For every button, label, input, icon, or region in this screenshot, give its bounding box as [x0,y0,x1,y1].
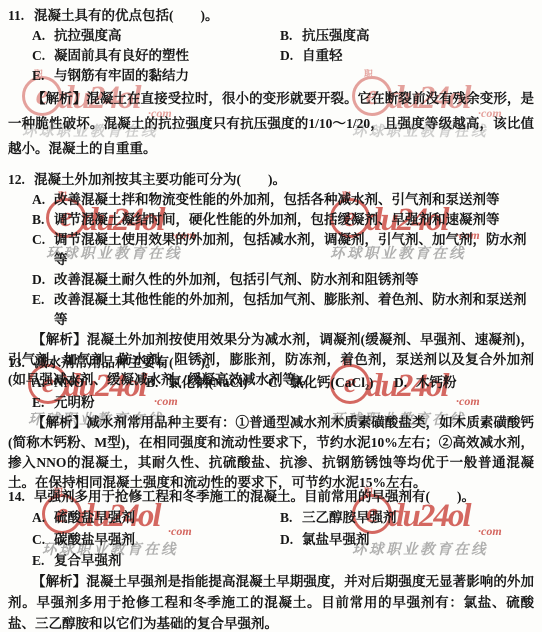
option-c: C.碳酸盐早强剂 [32,529,280,551]
option-a: A.抗拉强度高 [32,26,280,46]
option-b: B.调节混凝土凝结时间，硬化性能的外加剂，包括缓凝剂、早强剂和速凝剂等 [32,210,534,230]
question-block-11: 11. 混凝土具有的优点包括( )。 A.抗拉强度高 B.抗压强度高 C.凝固前… [0,6,542,161]
scanned-exam-page: 职e du24ol ·com 环球职业教育在线 职e du24ol ·com 环… [0,0,542,632]
option-c: C.氯化钙(CaCl₂) [268,373,394,393]
option-c: C.调节混凝土使用效果的外加剂，包括减水剂，调凝剂，引气剂、加气剂，防水剂等 [32,230,534,270]
option-e: E.与钢筋有牢固的黏结力 [32,66,534,86]
question-number: 14. [8,487,34,507]
option-d: D.自重轻 [280,46,534,66]
question-stem: 混凝土外加剂按其主要功能可分为( )。 [34,170,534,190]
options-list: A.硫酸盐早强剂 B.三乙醇胺早强剂 C.碳酸盐早强剂 D.氯盐早强剂 E.复合… [32,507,534,571]
option-d: D.氯盐早强剂 [280,529,534,551]
question-number: 12. [8,170,34,190]
question-stem: 混凝土具有的优点包括( )。 [34,6,534,26]
option-c: C.凝固前具有良好的塑性 [32,46,280,66]
question-stem: 减水剂常用品种主要有( )。 [34,353,534,373]
option-e: E.元明粉 [32,393,534,413]
options-list: A.NNO B.氯化钠(NaCl) C.氯化钙(CaCl₂) D.木钙粉 E.元… [32,373,534,413]
question-block-13: 13. 减水剂常用品种主要有( )。 A.NNO B.氯化钠(NaCl) C.氯… [0,353,542,493]
option-b: B.抗压强度高 [280,26,534,46]
option-a: A.NNO [32,373,146,393]
question-number: 11. [8,6,34,26]
question-number: 13. [8,353,34,373]
option-a: A.改善混凝土拌和物流变性能的外加剂，包括各种减水剂、引气剂和泵送剂等 [32,190,534,210]
analysis-paragraph: 【解析】混凝土在直接受拉时，很小的变形就要开裂。它在断裂前没有残余变形，是一种脆… [8,86,534,161]
analysis-paragraph: 【解析】混凝土早强剂是指能提高混凝土早期强度，并对后期强度无显著影响的外加剂。早… [8,571,534,632]
option-b: B.三乙醇胺早强剂 [280,507,534,529]
options-list: A.改善混凝土拌和物流变性能的外加剂，包括各种减水剂、引气剂和泵送剂等 B.调节… [32,190,534,330]
option-a: A.硫酸盐早强剂 [32,507,280,529]
question-block-14: 14. 早强剂多用于抢修工程和冬季施工的混凝土。目前常用的早强剂有( )。 A.… [0,487,542,632]
option-d: D.木钙粉 [394,373,534,393]
option-e: E.改善混凝土其他性能的外加剂，包括加气剂、膨胀剂、着色剂、防水剂和泵送剂等 [32,290,534,330]
option-d: D.改善混凝土耐久性的外加剂，包括引气剂、防水剂和阻锈剂等 [32,270,534,290]
question-stem: 早强剂多用于抢修工程和冬季施工的混凝土。目前常用的早强剂有( )。 [34,487,534,507]
options-list: A.抗拉强度高 B.抗压强度高 C.凝固前具有良好的塑性 D.自重轻 E.与钢筋… [32,26,534,86]
analysis-paragraph: 【解析】减水剂常用品种主要有：①普通型减水剂木质素磺酸盐类，如木质素磺酸钙(简称… [8,413,534,493]
option-e: E.复合早强剂 [32,551,534,571]
option-b: B.氯化钠(NaCl) [146,373,268,393]
